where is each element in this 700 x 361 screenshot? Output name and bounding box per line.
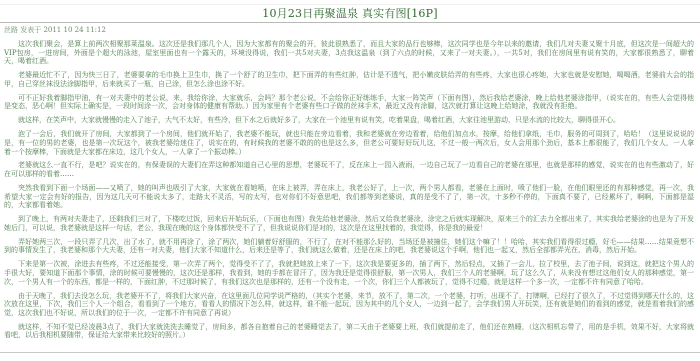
- post-body: 这次我们聚会，是算上前两次相聚那莱温泉。这次还是我们那几个人，因为大家都有的聚会…: [4, 40, 694, 345]
- paragraph: 泡了一会后，我们就开了房间，大家都到了一个房间，他们就开始了，我老婆不能玩，就也…: [4, 130, 694, 156]
- paragraph: 由于天晚了，我们去没怎么玩，我老婆开不了，将我们大家兴奋，在这里面几位同学说严格…: [4, 292, 694, 318]
- paragraph: 下来是第一次被，涂进去有些疼，不过还能接受，第一次弄了两个，觉得受不了了，我就把…: [4, 260, 694, 286]
- paragraph: 弄好她两三次，一段只弄了几次，出了水了，就不用再涂了，涂了两次，她们躺着好舒服的…: [4, 238, 694, 255]
- post-title: 10月23日再聚温泉 真实有图[16P]: [0, 7, 700, 21]
- paragraph: 到了晚上，有两对夫妻走了，还剩我们三对了，下楼吃过饭，回来后开始玩乐，（下面也有…: [4, 215, 694, 232]
- paragraph: 就这样，在笑声中，大家就慢慢的走入了池子，大气不太好，有些冷，但下水之后就好多了…: [4, 116, 694, 125]
- paragraph: 就这样，不知不觉已经凌晨3点了，我们大家就洗洗去睡觉了，房间多，都各自抱着自己的…: [4, 323, 694, 340]
- bottom-divider: [0, 352, 700, 353]
- paragraph: 突然我看到下面一个场面——又喷了，她的叫声也吸引了大家，大家就在看她喷，在床上被…: [4, 184, 694, 210]
- paragraph: 老婆就这么一直不行，是吧？说实在的，有保妻误的大妻们在弄这种都知道自己心里的思想…: [4, 161, 694, 178]
- paragraph: 老婆最近忙不了，因为快三日了，老婆要拿的毛巾换上卫生巾，换了一个舒了的卫生巾，把…: [4, 71, 694, 88]
- post-author-line: 丝路 发表于 2011 10 24 11:12: [4, 26, 106, 35]
- title-divider: [0, 22, 700, 23]
- paragraph: 这次我们聚会，是算上前两次相聚那莱温泉。这次还是我们那几个人，因为大家都有的聚会…: [4, 40, 694, 66]
- paragraph: 可不正好我着脚指甲油，有一对夫妻中的老公说，来，我给你涂，大家就乐，会吗？那个老…: [4, 94, 694, 111]
- top-divider: [0, 4, 700, 5]
